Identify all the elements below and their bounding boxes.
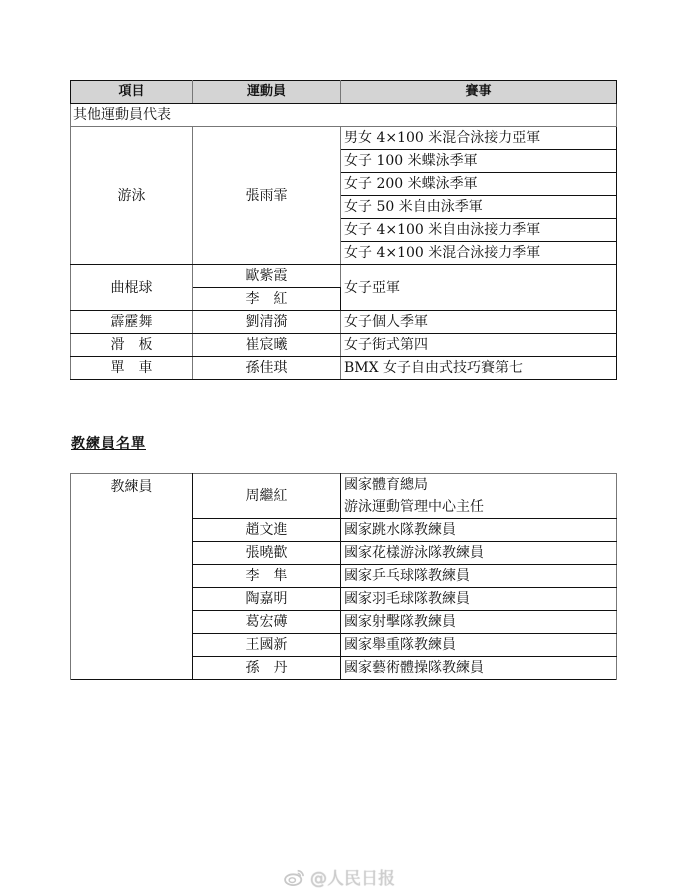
section-row: 其他運動員代表 (71, 104, 617, 127)
athlete-cell: 劉清漪 (193, 311, 341, 334)
event-cell: 女子亞軍 (341, 265, 617, 311)
coach-name: 孫 丹 (193, 657, 341, 680)
event-cell: 女子 100 米蝶泳季軍 (341, 150, 617, 173)
athlete-cell: 歐紫霞 (193, 265, 341, 288)
coaches-table: 教練員 周繼紅 國家體育總局 游泳運動管理中心主任 趙文進 國家跳水隊教練員 張… (70, 473, 617, 680)
weibo-icon (284, 868, 306, 886)
coach-position: 國家乒乓球隊教練員 (341, 565, 617, 588)
sport-cell: 曲棍球 (71, 265, 193, 311)
table-header-row: 項目 運動員 賽事 (71, 81, 617, 104)
athlete-cell: 崔宸曦 (193, 334, 341, 357)
sport-cell: 滑 板 (71, 334, 193, 357)
header-event: 賽事 (341, 81, 617, 104)
table-row: 霹靂舞 劉清漪 女子個人季軍 (71, 311, 617, 334)
coach-position-line: 游泳運動管理中心主任 (344, 496, 616, 518)
athlete-cell: 孫佳琪 (193, 357, 341, 380)
coach-position: 國家體育總局 游泳運動管理中心主任 (341, 474, 617, 519)
table-row: 滑 板 崔宸曦 女子街式第四 (71, 334, 617, 357)
coach-position: 國家射擊隊教練員 (341, 611, 617, 634)
coach-position: 國家舉重隊教練員 (341, 634, 617, 657)
sport-cell: 霹靂舞 (71, 311, 193, 334)
section-label: 其他運動員代表 (71, 104, 617, 127)
event-cell: 女子 200 米蝶泳季軍 (341, 173, 617, 196)
coach-position: 國家跳水隊教練員 (341, 519, 617, 542)
coach-name: 李 隼 (193, 565, 341, 588)
coach-name: 王國新 (193, 634, 341, 657)
coaches-heading: 教練員名單 (71, 433, 146, 453)
coach-position-line: 國家體育總局 (344, 474, 616, 496)
coach-name: 陶嘉明 (193, 588, 341, 611)
table-row: 游泳 張雨霏 男女 4×100 米混合泳接力亞軍 (71, 127, 617, 150)
coach-name: 趙文進 (193, 519, 341, 542)
table-row: 教練員 周繼紅 國家體育總局 游泳運動管理中心主任 (71, 474, 617, 519)
coach-name: 張曉歡 (193, 542, 341, 565)
coach-name: 葛宏礡 (193, 611, 341, 634)
header-sport: 項目 (71, 81, 193, 104)
event-cell: 男女 4×100 米混合泳接力亞軍 (341, 127, 617, 150)
coach-position: 國家花樣游泳隊教練員 (341, 542, 617, 565)
coach-name: 周繼紅 (193, 474, 341, 519)
sport-cell: 游泳 (71, 127, 193, 265)
athlete-cell: 李 紅 (193, 288, 341, 311)
event-cell: 女子個人季軍 (341, 311, 617, 334)
athletes-table: 項目 運動員 賽事 其他運動員代表 游泳 張雨霏 男女 4×100 米混合泳接力… (70, 80, 617, 380)
header-athlete: 運動員 (193, 81, 341, 104)
table-row: 曲棍球 歐紫霞 女子亞軍 (71, 265, 617, 288)
coach-position: 國家藝術體操隊教練員 (341, 657, 617, 680)
event-cell: 女子 50 米自由泳季軍 (341, 196, 617, 219)
event-cell: BMX 女子自由式技巧賽第七 (341, 357, 617, 380)
watermark-text: @人民日报 (310, 864, 395, 889)
coach-position: 國家羽毛球隊教練員 (341, 588, 617, 611)
event-cell: 女子 4×100 米自由泳接力季軍 (341, 219, 617, 242)
athlete-cell: 張雨霏 (193, 127, 341, 265)
table-row: 單 車 孫佳琪 BMX 女子自由式技巧賽第七 (71, 357, 617, 380)
sport-cell: 單 車 (71, 357, 193, 380)
event-cell: 女子 4×100 米混合泳接力季軍 (341, 242, 617, 265)
watermark: @人民日报 (284, 864, 395, 889)
event-cell: 女子街式第四 (341, 334, 617, 357)
role-cell: 教練員 (71, 474, 193, 680)
